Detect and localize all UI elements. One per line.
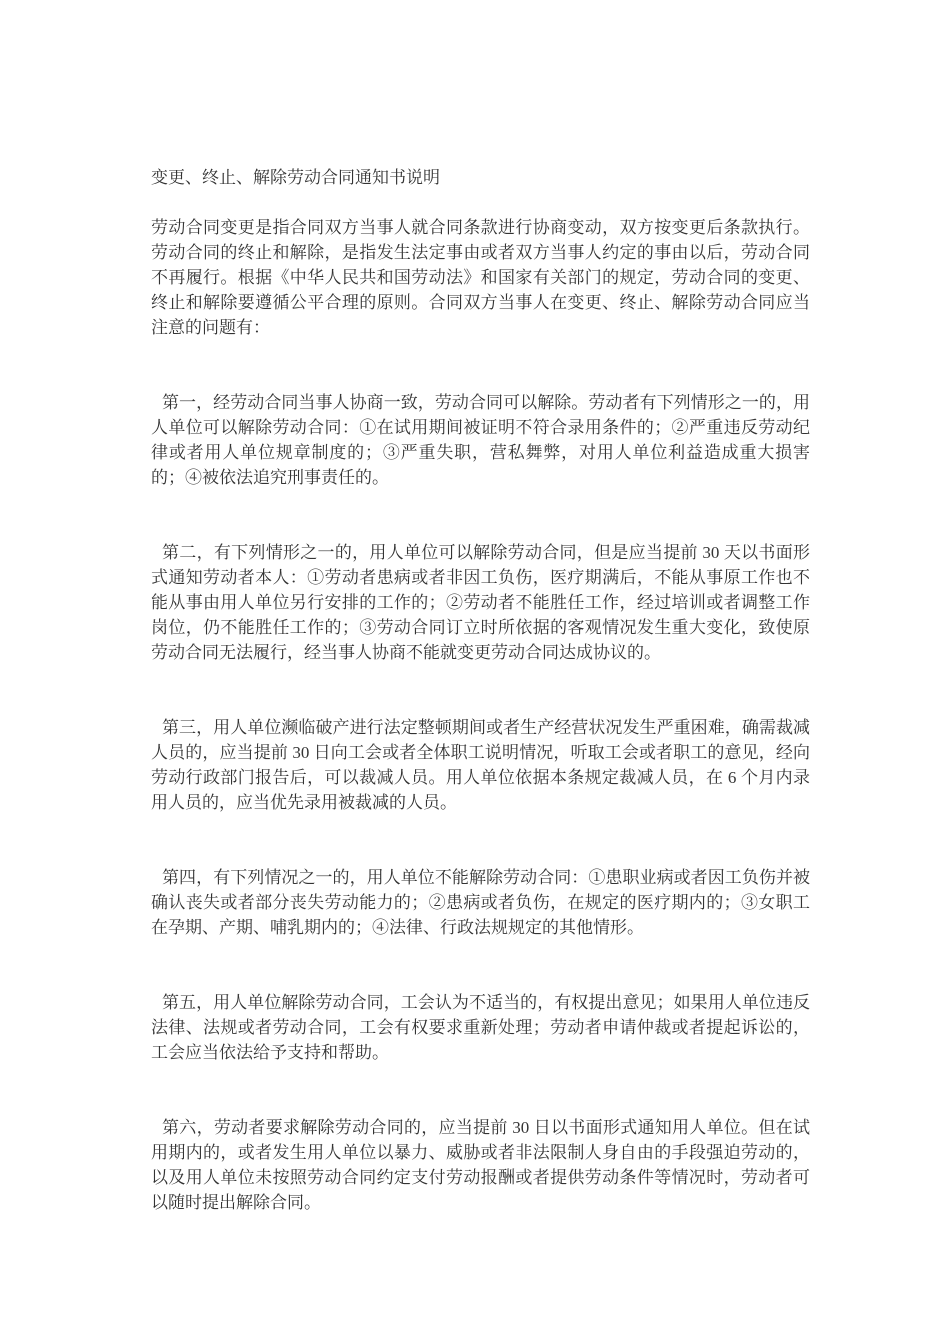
paragraph-item-1: 第一，经劳动合同当事人协商一致，劳动合同可以解除。劳动者有下列情形之一的，用人单… [151, 390, 810, 490]
document-page: 变更、终止、解除劳动合同通知书说明 劳动合同变更是指合同双方当事人就合同条款进行… [0, 0, 950, 1344]
paragraph-item-2: 第二，有下列情形之一的，用人单位可以解除劳动合同，但是应当提前 30 天以书面形… [151, 540, 810, 665]
paragraph-intro: 劳动合同变更是指合同双方当事人就合同条款进行协商变动，双方按变更后条款执行。劳动… [151, 215, 810, 340]
paragraph-item-3: 第三，用人单位濒临破产进行法定整顿期间或者生产经营状况发生严重困难，确需裁减人员… [151, 715, 810, 815]
document-content: 变更、终止、解除劳动合同通知书说明 劳动合同变更是指合同双方当事人就合同条款进行… [151, 165, 810, 1215]
page-title: 变更、终止、解除劳动合同通知书说明 [151, 165, 810, 190]
paragraph-item-6: 第六，劳动者要求解除劳动合同的，应当提前 30 日以书面形式通知用人单位。但在试… [151, 1115, 810, 1215]
paragraph-item-4: 第四，有下列情况之一的，用人单位不能解除劳动合同：①患职业病或者因工负伤并被确认… [151, 865, 810, 940]
paragraph-item-5: 第五，用人单位解除劳动合同，工会认为不适当的，有权提出意见；如果用人单位违反法律… [151, 990, 810, 1065]
